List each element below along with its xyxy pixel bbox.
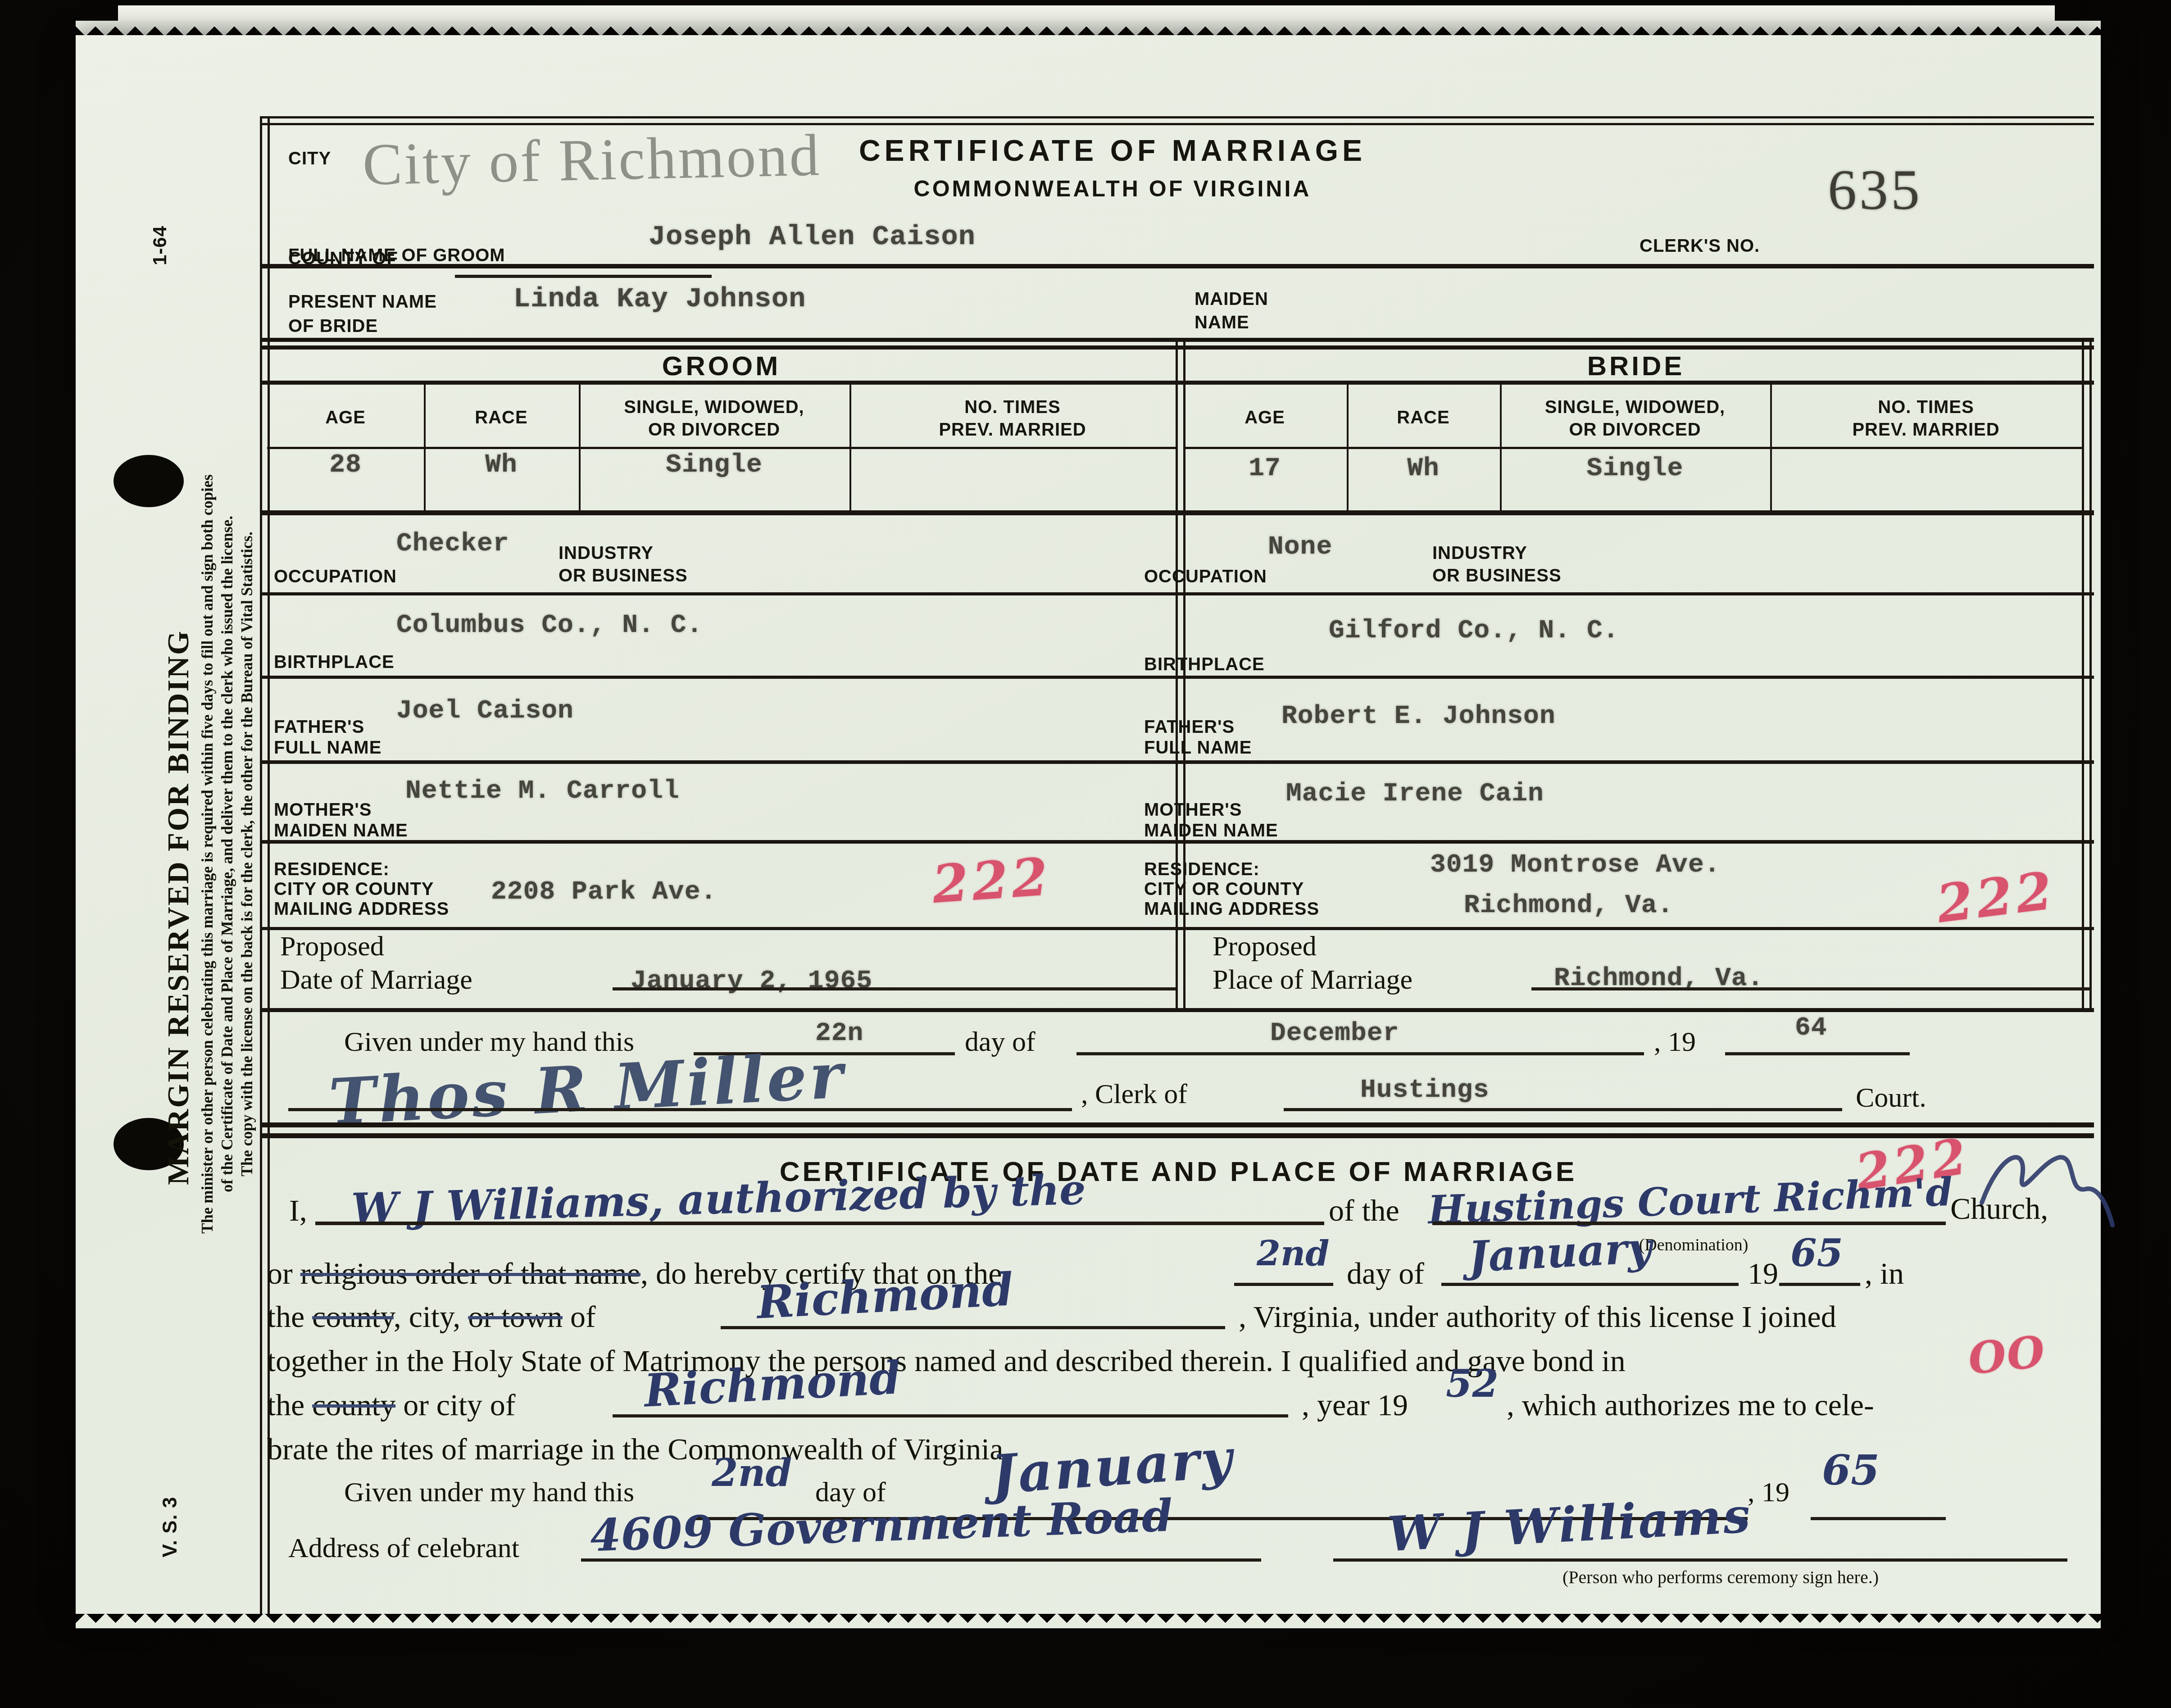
- groom-father-label-2: FULL NAME: [274, 738, 382, 758]
- city-stamp: City of Richmond: [362, 120, 822, 199]
- groom-occupation-label: OCCUPATION: [274, 567, 397, 587]
- cert-line1-blank-b: [1432, 1222, 1946, 1225]
- cert-line5-struck: county: [312, 1388, 395, 1422]
- field-groom-race: Wh: [424, 450, 579, 480]
- groom-birthplace-label: BIRTHPLACE: [274, 652, 395, 672]
- cert-line2-day-of: day of: [1347, 1256, 1424, 1291]
- court-name-line: [1284, 1108, 1842, 1111]
- groom-prev-header-1: NO. TIMES: [849, 397, 1176, 418]
- cert-line1-blank-a: [315, 1222, 1324, 1225]
- groom-residence-label-3: MAILING ADDRESS: [274, 899, 449, 919]
- cert-line3-the: the: [267, 1299, 304, 1334]
- field-groom-father: Joel Caison: [396, 696, 574, 726]
- field-clerk-year: 64: [1795, 1013, 1827, 1043]
- cert-line2-year-prefix: 19: [1748, 1256, 1778, 1291]
- cert-line6: brate the rites of marriage in the Commo…: [267, 1431, 1011, 1467]
- annotation-groom-222: 222: [931, 846, 1054, 915]
- groom-section-title: GROOM: [267, 350, 1176, 382]
- maiden-label-line2: NAME: [1195, 313, 1249, 333]
- rule-under-birthplace: [260, 676, 2094, 679]
- section-divider-rule-2: [260, 1133, 2094, 1138]
- field-bride-residence-2: Richmond, Va.: [1464, 891, 1673, 920]
- field-court-name: Hustings: [1360, 1076, 1489, 1105]
- groom-status-header-1: SINGLE, WIDOWED,: [579, 397, 849, 418]
- groom-mother-label-2: MAIDEN NAME: [274, 821, 408, 841]
- field-groom-birthplace: Columbus Co., N. C.: [396, 611, 703, 640]
- field-groom-residence: 2208 Park Ave.: [491, 877, 717, 907]
- cert-line4: together in the Holy State of Matrimony …: [267, 1343, 1626, 1379]
- proposed-date-line: [613, 987, 1176, 990]
- field-bride-occupation: None: [1268, 532, 1332, 562]
- right-divider-inner: [2089, 338, 2092, 1010]
- bride-father-label-1: FATHER'S: [1144, 717, 1235, 737]
- groom-industry-label-2: OR BUSINESS: [559, 566, 688, 586]
- cert-line2-blank-a: [1234, 1283, 1333, 1286]
- cert-i-text: I,: [289, 1193, 307, 1228]
- cert-line5: the county or city of: [267, 1387, 515, 1423]
- section-divider-rule-1: [260, 1122, 2094, 1127]
- bride-residence-label-3: MAILING ADDRESS: [1144, 899, 1319, 919]
- punch-hole-top: [114, 455, 184, 507]
- field-bride-race: Wh: [1347, 454, 1500, 483]
- clerks-no-label: CLERK'S NO.: [1640, 236, 1760, 256]
- rule-under-father: [260, 760, 2094, 764]
- groom-father-label-1: FATHER'S: [274, 717, 364, 737]
- cert-line2-or: or: [267, 1256, 293, 1290]
- hw-bond-year: 52: [1446, 1361, 1499, 1406]
- scanned-marriage-certificate: { "margin": { "form_number": "1-64", "bi…: [0, 0, 2171, 1708]
- groom-residence-label-1: RESIDENCE:: [274, 859, 390, 880]
- hw-year: 65: [1790, 1231, 1843, 1275]
- rule-under-occupation: [260, 592, 2094, 595]
- bride-occupation-label: OCCUPATION: [1144, 567, 1267, 587]
- cert-given-year-prefix: , 19: [1748, 1476, 1789, 1508]
- bride-table-header-rule: [1183, 447, 2082, 449]
- proposed-place-label-1: Proposed: [1213, 931, 1317, 963]
- certificate-title: CERTIFICATE OF MARRIAGE: [793, 133, 1432, 168]
- clerk-signature-line: [288, 1108, 1072, 1111]
- cert-line3-blank: [721, 1326, 1225, 1329]
- cert-line5-year-prefix: , year 19: [1302, 1387, 1408, 1423]
- certificate-number: 635: [1828, 157, 1922, 223]
- court-text: Court.: [1856, 1082, 1926, 1114]
- cert-line2-blank-b: [1441, 1283, 1739, 1286]
- proposed-place-label-2: Place of Marriage: [1213, 964, 1413, 996]
- field-proposed-date: January 2, 1965: [631, 967, 872, 996]
- right-divider-outer: [2082, 338, 2084, 1010]
- rule-top-inner: [260, 123, 2094, 125]
- address-label: Address of celebrant: [288, 1532, 519, 1564]
- address-blank-line: [581, 1558, 1261, 1562]
- groom-prev-header-2: PREV. MARRIED: [849, 420, 1176, 440]
- field-bride-residence-1: 3019 Montrose Ave.: [1430, 850, 1721, 880]
- bride-residence-label-1: RESIDENCE:: [1144, 859, 1260, 880]
- cert-line5-blank: [613, 1414, 1288, 1417]
- bride-industry-label-1: INDUSTRY: [1432, 543, 1527, 563]
- clerk-of-text: , Clerk of: [1081, 1078, 1187, 1110]
- bride-father-label-2: FULL NAME: [1144, 738, 1252, 758]
- groom-age-header: AGE: [267, 408, 424, 428]
- bride-industry-label-2: OR BUSINESS: [1432, 566, 1562, 586]
- field-bride-status: Single: [1500, 454, 1770, 483]
- field-groom-age: 28: [267, 450, 424, 480]
- bride-birthplace-label: BIRTHPLACE: [1144, 654, 1265, 675]
- cert-given-text: Given under my hand this: [344, 1476, 634, 1508]
- groom-residence-label-2: CITY OR COUNTY: [274, 879, 434, 899]
- margin-note-line-2: of the Certificate of Date and Place of …: [218, 178, 237, 1530]
- vs-number: V. S. 3: [159, 1496, 182, 1557]
- bride-residence-label-2: CITY OR COUNTY: [1144, 879, 1304, 899]
- bride-label-line1: PRESENT NAME: [288, 292, 437, 312]
- field-groom-mother: Nettie M. Carroll: [405, 777, 680, 806]
- rule-under-age-table: [260, 510, 2094, 515]
- rule-under-groom-name: [260, 264, 2094, 268]
- rule-under-proposed: [260, 1008, 2094, 1012]
- margin-note-line-1: The minister or other person celebrating…: [198, 178, 218, 1530]
- cert-line2-blank-c: [1779, 1283, 1860, 1286]
- cert-line2-end: , in: [1865, 1256, 1904, 1291]
- clerk-year-line: [1725, 1052, 1910, 1055]
- city-label: CITY: [288, 149, 331, 169]
- cert-line5-the: the: [267, 1388, 304, 1422]
- cert-line5-end: , which authorizes me to cele-: [1507, 1387, 1874, 1423]
- field-bride-father: Robert E. Johnson: [1281, 702, 1556, 731]
- county-blank-line: [455, 275, 712, 278]
- groom-name-label: FULL NAME OF GROOM: [288, 245, 505, 266]
- cert-line3: the county, city, or town of: [267, 1299, 596, 1335]
- cert-line3-rest: , Virginia, under authority of this lice…: [1239, 1299, 1836, 1335]
- perforated-edge-bottom: [76, 1613, 2101, 1628]
- bride-prev-header-2: PREV. MARRIED: [1770, 420, 2082, 440]
- groom-mother-label-1: MOTHER'S: [274, 800, 372, 820]
- bride-mother-label-2: MAIDEN NAME: [1144, 821, 1278, 841]
- cert-church-text: Church,: [1950, 1191, 2048, 1226]
- groom-table-header-rule: [267, 447, 1176, 449]
- groom-status-header-2: OR DIVORCED: [579, 420, 849, 440]
- paper-stack-edge: [118, 5, 2055, 23]
- margin-binding-title: MARGIN RESERVED FOR BINDING: [160, 592, 196, 1223]
- cert-line3-of: of: [570, 1299, 596, 1334]
- bride-status-header-2: OR DIVORCED: [1500, 420, 1770, 440]
- hw-month: January: [1467, 1223, 1653, 1282]
- rule-under-residence: [260, 927, 2094, 930]
- perforated-edge-top: [76, 21, 2101, 36]
- hw-day: 2nd: [1257, 1233, 1329, 1273]
- signature-blank-line: [1333, 1558, 2067, 1562]
- hw-given-year: 65: [1822, 1446, 1880, 1494]
- bride-age-header: AGE: [1183, 408, 1347, 428]
- groom-industry-label-1: INDUSTRY: [559, 543, 654, 563]
- commonwealth-subtitle: COMMONWEALTH OF VIRGINIA: [793, 176, 1432, 202]
- field-groom-name: Joseph Allen Caison: [649, 221, 976, 253]
- cert-line3-struck1: county: [312, 1299, 394, 1334]
- clerk-month-line: [1076, 1052, 1644, 1055]
- proposed-date-label-2: Date of Marriage: [280, 964, 472, 996]
- cert-line5-rest: or city of: [403, 1388, 515, 1422]
- maiden-label-line1: MAIDEN: [1195, 289, 1268, 309]
- field-bride-name: Linda Kay Johnson: [513, 283, 806, 315]
- rule-under-mother: [260, 840, 2094, 844]
- field-bride-mother: Macie Irene Cain: [1286, 779, 1544, 809]
- field-groom-occupation: Checker: [396, 529, 509, 559]
- rule-top-outer: [260, 116, 2094, 118]
- sign-here-note: (Person who performs ceremony sign here.…: [1369, 1567, 2072, 1588]
- clerk-day-of-text: day of: [965, 1026, 1036, 1058]
- cert-line3-comma: , city,: [394, 1299, 461, 1334]
- form-number: 1-64: [149, 226, 171, 265]
- field-bride-age: 17: [1183, 454, 1347, 483]
- field-clerk-month: December: [1270, 1019, 1399, 1048]
- bride-prev-header-1: NO. TIMES: [1770, 397, 2082, 418]
- cert-line3-struck2: or town: [468, 1299, 563, 1334]
- hw-given-day: 2nd: [712, 1450, 792, 1495]
- proposed-date-label-1: Proposed: [280, 931, 384, 963]
- groom-race-header: RACE: [424, 408, 579, 428]
- cert-of-the-text: of the: [1329, 1193, 1399, 1228]
- annotation-bond-oo: OO: [1966, 1326, 2048, 1384]
- margin-note-line-3: The copy with the license on the back is…: [237, 178, 257, 1530]
- clerk-year-prefix: , 19: [1654, 1026, 1696, 1058]
- bride-race-header: RACE: [1347, 408, 1500, 428]
- bride-mother-label-1: MOTHER'S: [1144, 800, 1242, 820]
- proposed-place-line: [1531, 987, 2090, 990]
- given-line-blank-b: [1811, 1517, 1946, 1520]
- cert-line2-struck: religious order of that name: [300, 1256, 640, 1290]
- bride-section-title: BRIDE: [1183, 350, 2089, 382]
- field-bride-birthplace: Gilford Co., N. C.: [1329, 616, 1619, 645]
- bride-label-line2: OF BRIDE: [288, 316, 378, 336]
- field-groom-status: Single: [579, 450, 849, 480]
- bride-status-header-1: SINGLE, WIDOWED,: [1500, 397, 1770, 418]
